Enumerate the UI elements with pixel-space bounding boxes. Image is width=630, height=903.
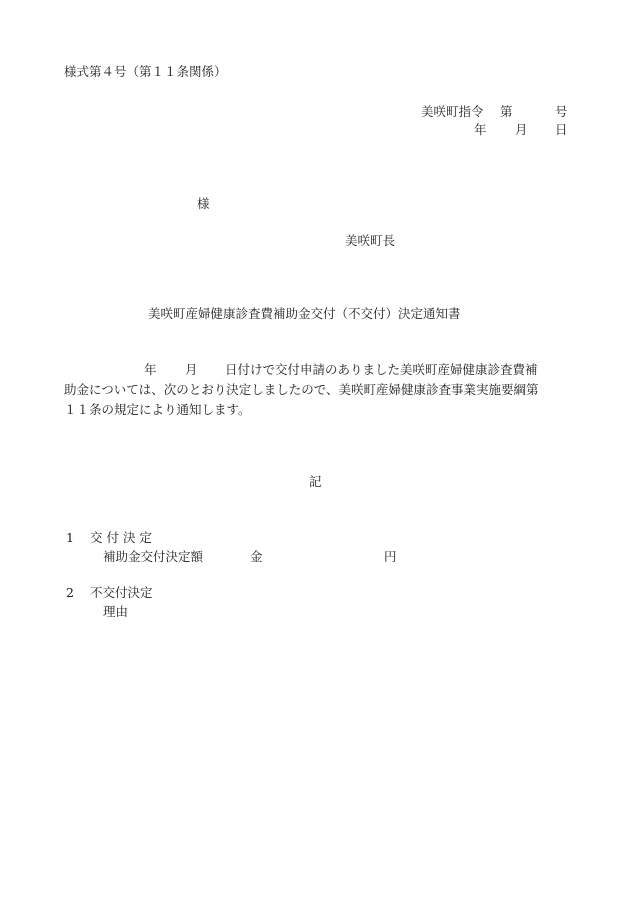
issuer-prefix: 美咲町指令	[421, 104, 484, 120]
item-2-number: 2	[66, 585, 74, 601]
item-1-currency-prefix: 金	[250, 549, 263, 565]
issuer-number-label: 第	[500, 104, 513, 120]
date-month: 月	[515, 122, 528, 138]
item-1-number: 1	[66, 530, 74, 546]
body-line3: １１条の規定により通知します。	[64, 402, 251, 418]
item-2-title: 不交付決定	[90, 585, 153, 601]
form-label: 様式第４号（第１１条関係）	[64, 64, 227, 80]
date-day: 日	[555, 122, 568, 138]
body-month: 月	[185, 362, 198, 378]
body-line1: 日付けで交付申請のありました美咲町産婦健康診査費補	[225, 362, 538, 378]
body-line2: 助金については、次のとおり決定しましたので、美咲町産婦健康診査事業実施要綱第	[64, 382, 539, 398]
item-1-title: 交 付 決 定	[90, 530, 152, 546]
date-year: 年	[474, 122, 487, 138]
item-1-currency-suffix: 円	[384, 549, 397, 565]
document-title: 美咲町産婦健康診査費補助金交付（不交付）決定通知書	[148, 306, 461, 322]
ki-heading: 記	[309, 474, 322, 490]
issuer-suffix: 号	[555, 104, 568, 120]
item-2-detail-label: 理由	[103, 604, 128, 620]
item-1-detail-label: 補助金交付決定額	[103, 549, 203, 565]
recipient-suffix: 様	[197, 196, 210, 212]
body-year: 年	[144, 362, 157, 378]
sender: 美咲町長	[345, 233, 395, 249]
